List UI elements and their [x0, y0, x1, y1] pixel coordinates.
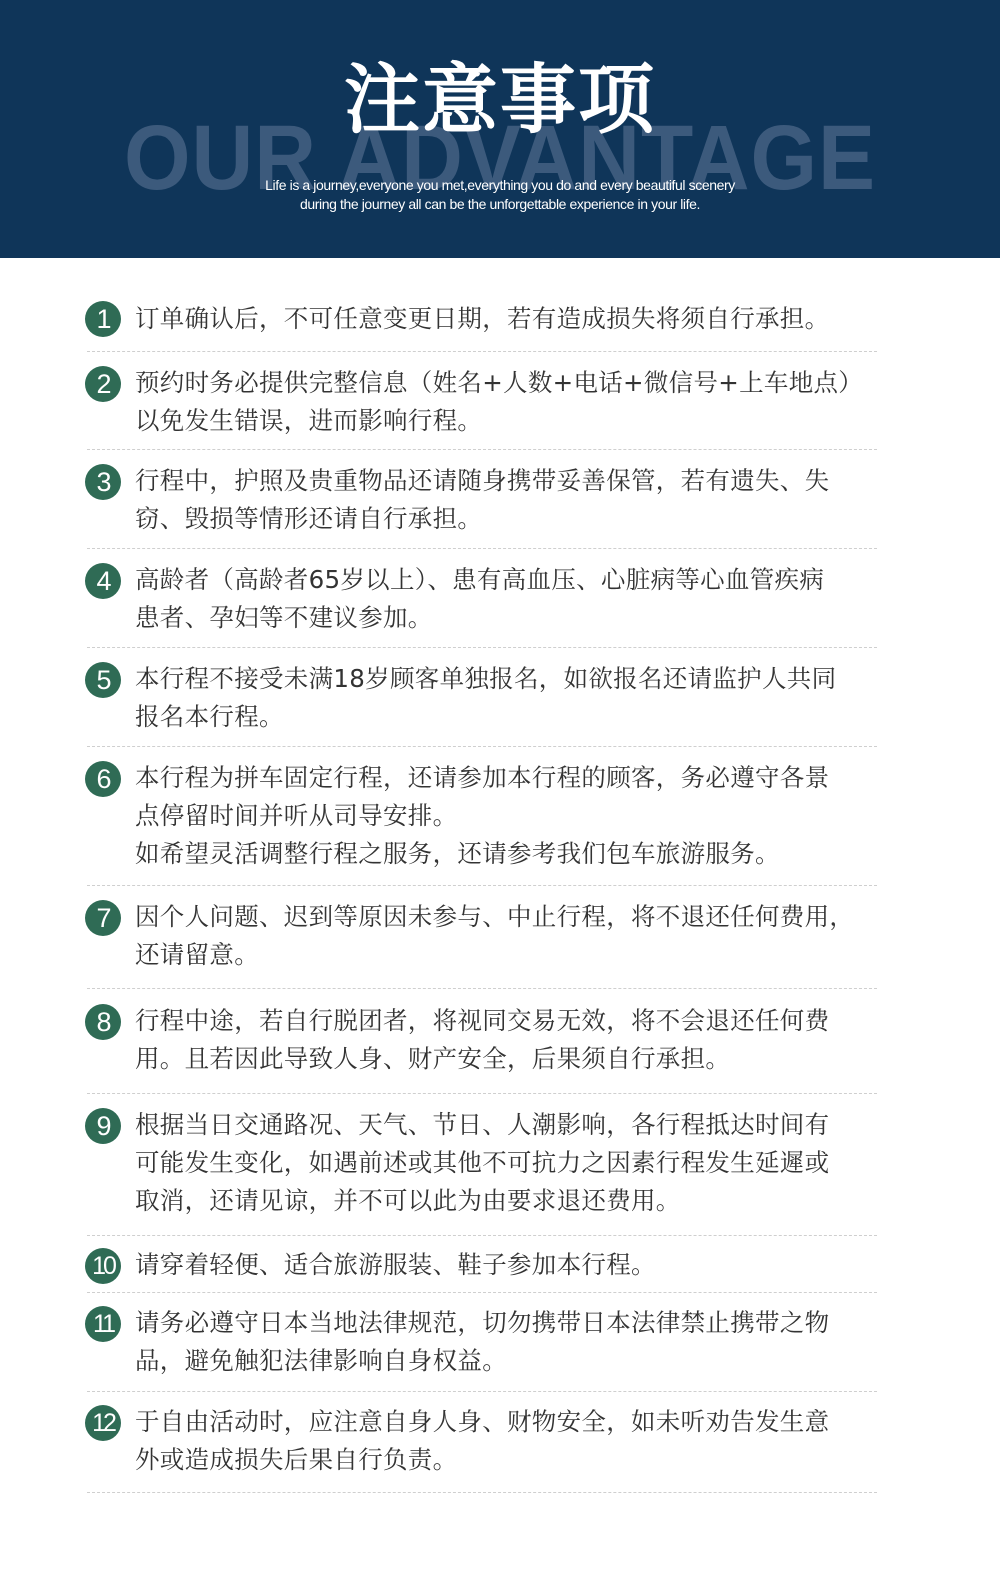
number-badge: 11: [85, 1306, 121, 1342]
number-badge: 12: [85, 1405, 121, 1441]
number-badge: 5: [85, 662, 121, 698]
dashed-divider: [87, 1492, 877, 1493]
notice-text: 根据当日交通路况、天气、节日、人潮影响，各行程抵达时间有 可能发生变化，如遇前述…: [135, 1106, 905, 1220]
subtitle-line-2: during the journey all can be the unforg…: [0, 195, 1000, 214]
dashed-divider: [87, 1093, 877, 1094]
notice-text: 行程中途，若自行脱团者，将视同交易无效，将不会退还任何费 用。且若因此导致人身、…: [135, 1002, 905, 1078]
dashed-divider: [87, 1391, 877, 1392]
number-badge: 1: [85, 301, 121, 337]
number-badge: 10: [85, 1248, 121, 1284]
subtitle: Life is a journey,everyone you met,every…: [0, 176, 1000, 214]
notice-text: 请务必遵守日本当地法律规范，切勿携带日本法律禁止携带之物 品，避免触犯法律影响自…: [135, 1304, 905, 1380]
number-badge: 9: [85, 1108, 121, 1144]
dashed-divider: [87, 647, 877, 648]
dashed-divider: [87, 885, 877, 886]
notice-text: 于自由活动时，应注意自身人身、财物安全，如未听劝告发生意 外或造成损失后果自行负…: [135, 1403, 905, 1479]
number-badge: 8: [85, 1004, 121, 1040]
page-title: 注意事项: [0, 62, 1000, 138]
number-badge: 2: [85, 366, 121, 402]
number-badge: 3: [85, 464, 121, 500]
notice-text: 本行程为拼车固定行程，还请参加本行程的顾客，务必遵守各景 点停留时间并听从司导安…: [135, 759, 905, 873]
number-badge: 4: [85, 563, 121, 599]
header-banner: OUR ADVANTAGE 注意事项 Life is a journey,eve…: [0, 0, 1000, 258]
notice-text: 因个人问题、迟到等原因未参与、中止行程，将不退还任何费用， 还请留意。: [135, 898, 905, 974]
subtitle-line-1: Life is a journey,everyone you met,every…: [0, 176, 1000, 195]
dashed-divider: [87, 988, 877, 989]
notice-text: 预约时务必提供完整信息（姓名+人数+电话+微信号+上车地点） 以免发生错误，进而…: [135, 364, 905, 440]
dashed-divider: [87, 1235, 877, 1236]
notice-text: 请穿着轻便、适合旅游服装、鞋子参加本行程。: [135, 1246, 905, 1284]
dashed-divider: [87, 351, 877, 352]
notice-text: 订单确认后，不可任意变更日期，若有造成损失将须自行承担。: [135, 300, 905, 338]
dashed-divider: [87, 449, 877, 450]
notice-text: 行程中，护照及贵重物品还请随身携带妥善保管，若有遗失、失 窃、毁损等情形还请自行…: [135, 462, 905, 538]
dashed-divider: [87, 1292, 877, 1293]
dashed-divider: [87, 746, 877, 747]
notice-text: 本行程不接受未满18岁顾客单独报名，如欲报名还请监护人共同 报名本行程。: [135, 660, 905, 736]
notice-text: 高龄者（高龄者65岁以上）、患有高血压、心脏病等心血管疾病 患者、孕妇等不建议参…: [135, 561, 905, 637]
dashed-divider: [87, 548, 877, 549]
number-badge: 6: [85, 761, 121, 797]
number-badge: 7: [85, 900, 121, 936]
